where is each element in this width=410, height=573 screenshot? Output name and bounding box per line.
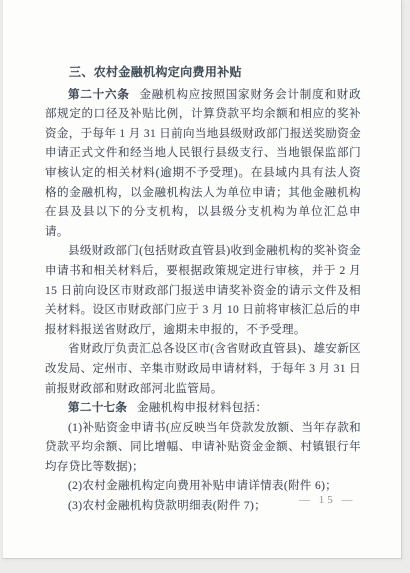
article-27-text: 金融机构申报材料包括： bbox=[137, 402, 267, 414]
county-finance-paragraph: 县级财政部门(包括财政直管县)收到金融机构的奖补资金申请书和相关材料后，要根据政… bbox=[45, 242, 361, 340]
page-number: — 15 — bbox=[299, 494, 356, 506]
document-body: 三、农村金融机构定向费用补贴 第二十六条金融机构应按照国家财务会计制度和财政部规… bbox=[45, 63, 361, 517]
scanned-document-page: 三、农村金融机构定向费用补贴 第二十六条金融机构应按照国家财务会计制度和财政部规… bbox=[2, 0, 402, 559]
section-heading: 三、农村金融机构定向费用补贴 bbox=[45, 63, 361, 83]
list-item-1: (1)补贴资金申请书(应反映当年贷款发放额、当年存款和贷款平均余额、同比增幅、申… bbox=[45, 419, 361, 478]
county-finance-text: 县级财政部门(包括财政直管县)收到金融机构的奖补资金申请书和相关材料后，要根据政… bbox=[45, 245, 361, 335]
provincial-finance-paragraph: 省财政厅负责汇总各设区市(含省财政直管县)、雄安新区改发局、定州市、辛集市财政局… bbox=[45, 340, 361, 399]
list-item-3-text: (3)农村金融机构贷款明细表(附件 7)； bbox=[68, 500, 266, 512]
list-item-1-text: (1)补贴资金申请书(应反映当年贷款发放额、当年存款和贷款平均余额、同比增幅、申… bbox=[45, 422, 361, 473]
article-27-term: 第二十七条 bbox=[68, 402, 127, 414]
list-item-2-text: (2)农村金融机构定向费用补贴申请详情表(附件 6)； bbox=[68, 480, 337, 492]
article-26-paragraph: 第二十六条金融机构应按照国家财务会计制度和财政部规定的口径及补贴比例，计算贷款平… bbox=[45, 86, 361, 243]
provincial-finance-text: 省财政厅负责汇总各设区市(含省财政直管县)、雄安新区改发局、定州市、辛集市财政局… bbox=[45, 343, 361, 394]
article-26-term: 第二十六条 bbox=[68, 89, 130, 101]
article-26-text: 金融机构应按照国家财务会计制度和财政部规定的口径及补贴比例，计算贷款平均余额和相… bbox=[45, 89, 361, 238]
article-27-paragraph: 第二十七条金融机构申报材料包括： bbox=[45, 399, 361, 419]
